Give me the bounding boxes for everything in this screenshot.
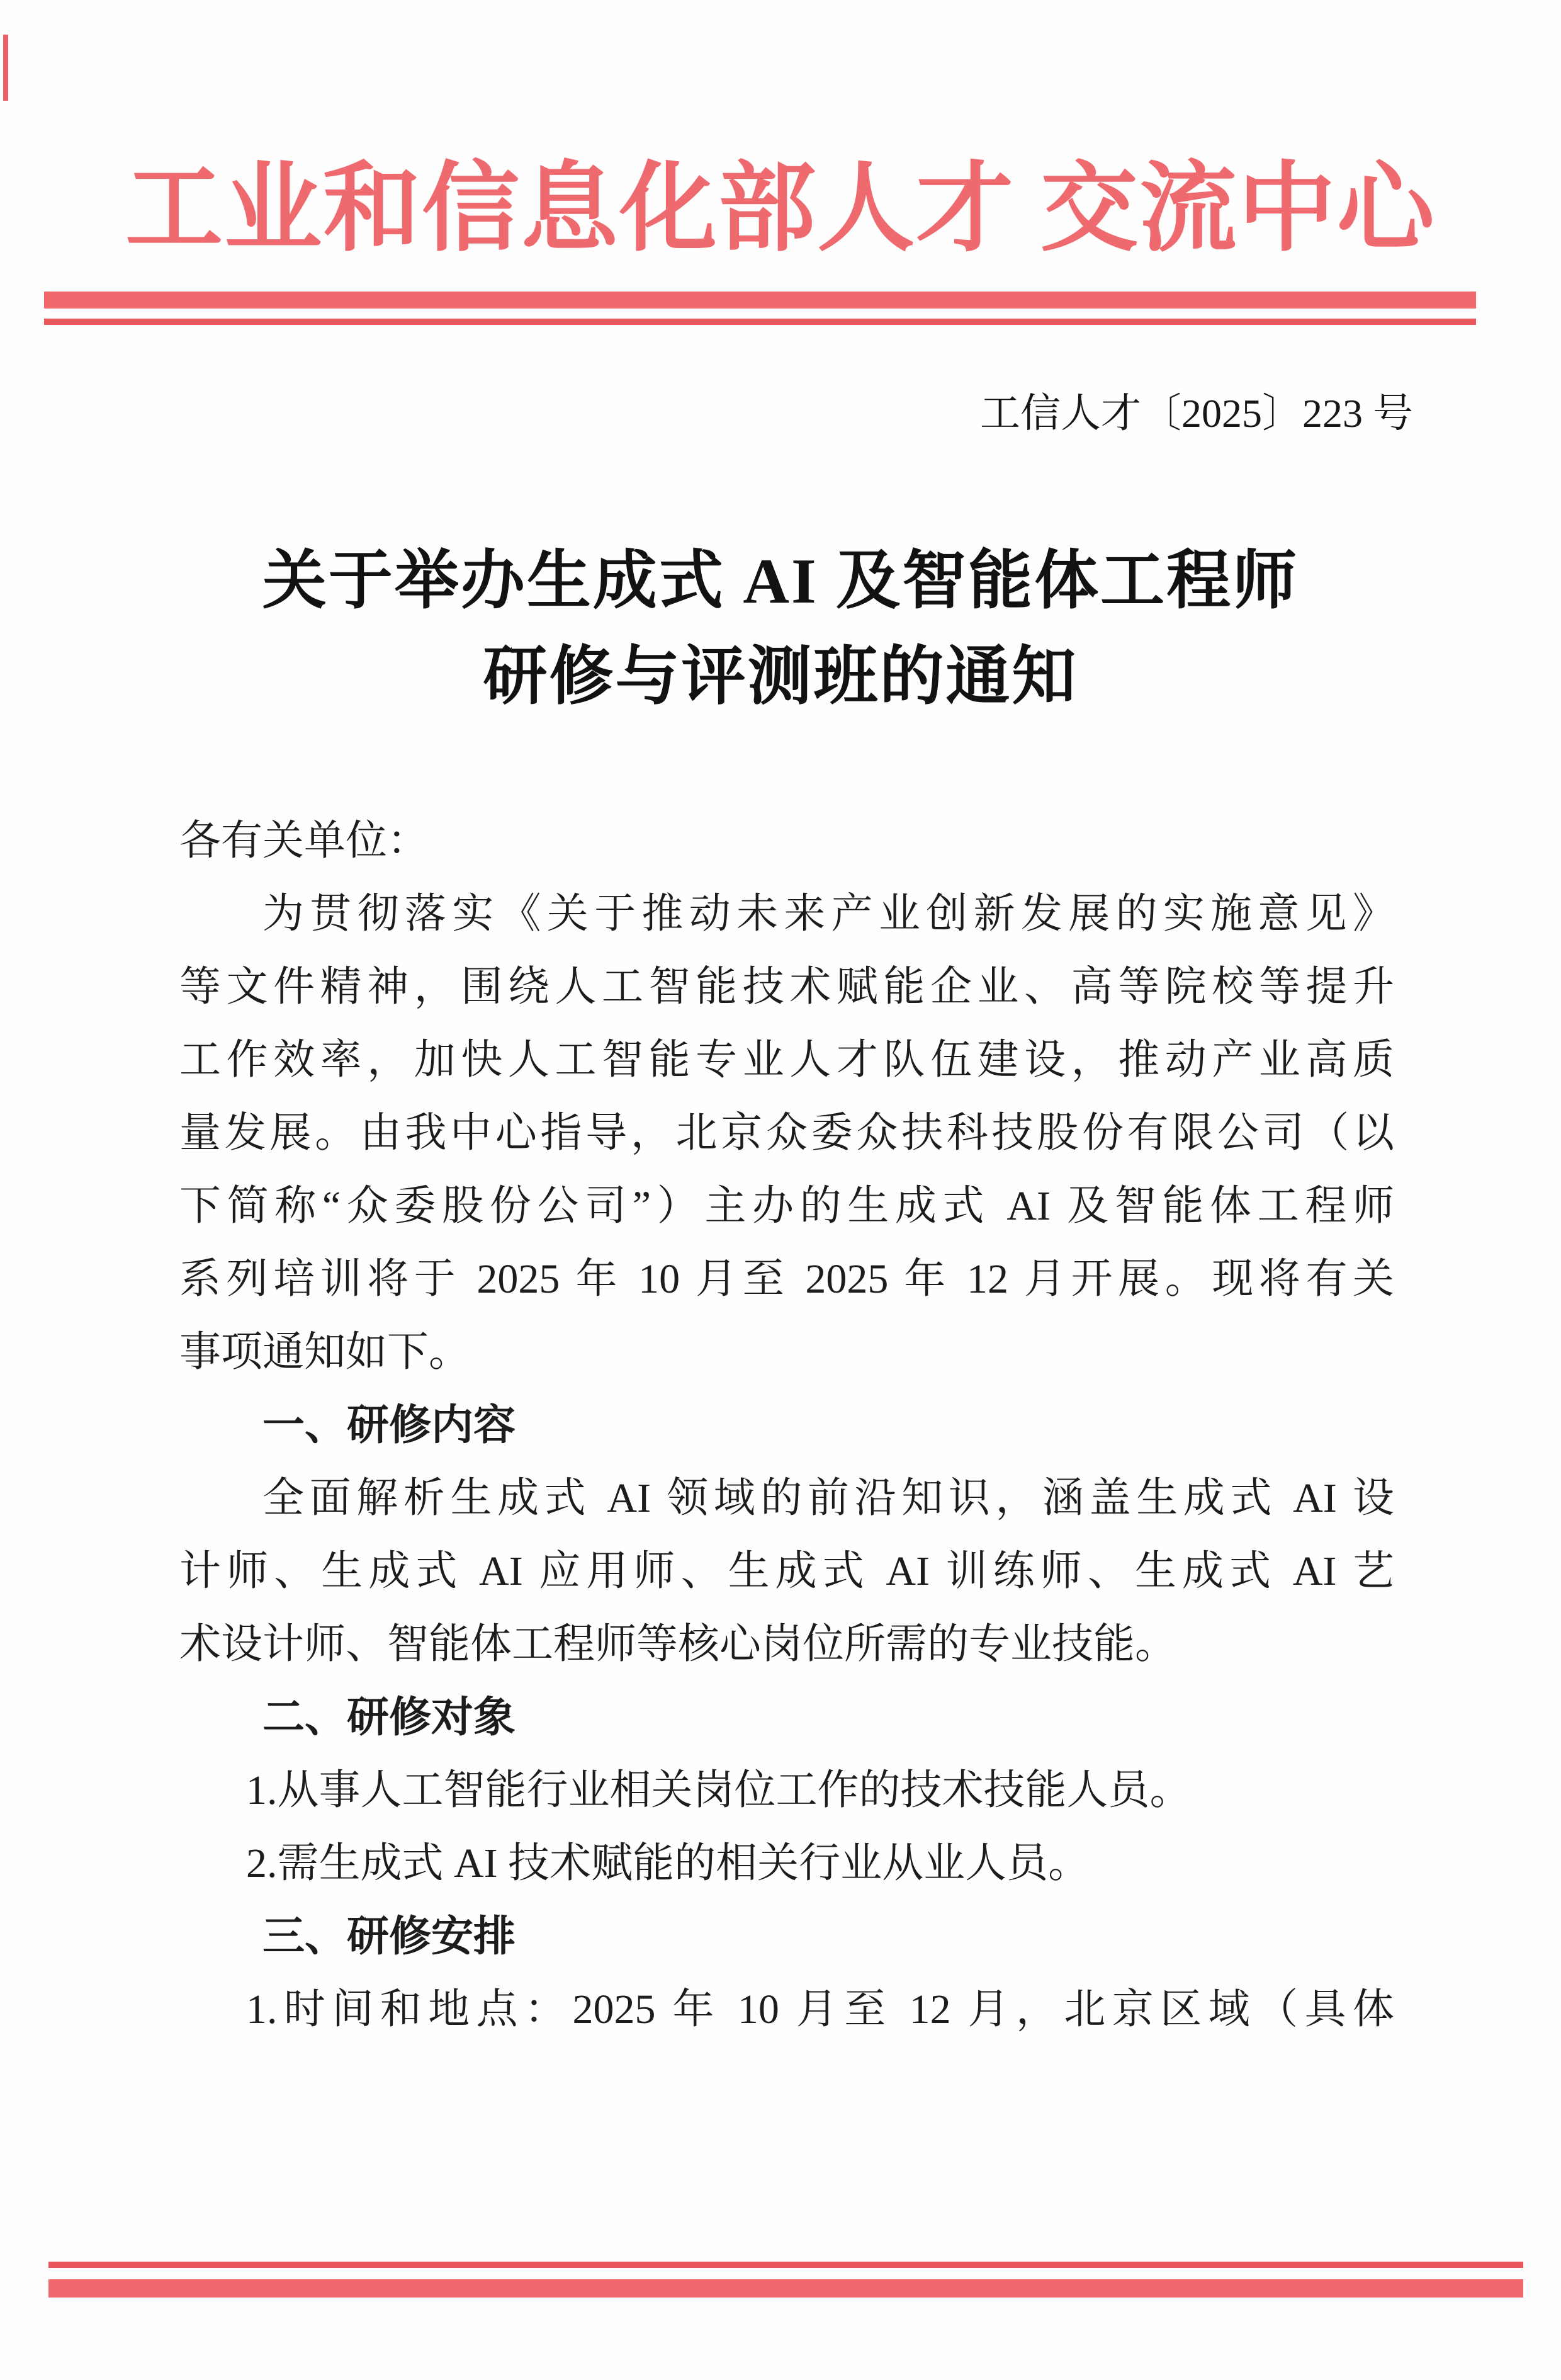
notice-title: 关于举办生成式 AI 及智能体工程师 研修与评测班的通知 [0, 534, 1561, 725]
letterhead-org-name: 工业和信息化部人才 交流中心 [0, 142, 1561, 277]
numbered-item-line: 1.从事人工智能行业相关岗位工作的技术技能人员。 [179, 1754, 1394, 1827]
body-line: 等文件精神，围绕人工智能技术赋能企业、高等院校等提升 [179, 951, 1394, 1024]
section-heading-2: 二、研修对象 [179, 1681, 1394, 1754]
salutation-line: 各有关单位： [179, 805, 1394, 878]
footer-rule-thick [48, 2279, 1523, 2298]
letterhead-rule-thick [44, 292, 1476, 309]
body-line: 工作效率，加快人工智能专业人才队伍建设，推动产业高质 [179, 1024, 1394, 1097]
notice-title-line-1: 关于举办生成式 AI 及智能体工程师 [0, 534, 1561, 630]
footer-rule-thin [48, 2262, 1523, 2268]
notice-title-line-2: 研修与评测班的通知 [0, 630, 1561, 725]
body-line: 量发展。由我中心指导，北京众委众扶科技股份有限公司（以 [179, 1097, 1394, 1170]
numbered-item-line: 1.时间和地点：2025 年 10 月至 12 月，北京区域（具体 [179, 1973, 1394, 2046]
document-number: 工信人才〔2025〕223 号 [980, 385, 1413, 442]
body-line: 事项通知如下。 [179, 1316, 1394, 1389]
numbered-item-line: 2.需生成式 AI 技术赋能的相关行业从业人员。 [179, 1827, 1394, 1900]
body-line: 下简称“众委股份公司”）主办的生成式 AI 及智能体工程师 [179, 1170, 1394, 1243]
section-heading-1: 一、研修内容 [179, 1389, 1394, 1462]
body-line: 系列培训将于 2025 年 10 月至 2025 年 12 月开展。现将有关 [179, 1243, 1394, 1316]
body-line: 计师、生成式 AI 应用师、生成式 AI 训练师、生成式 AI 艺 [179, 1535, 1394, 1608]
scanned-notice-page: 工业和信息化部人才 交流中心 工信人才〔2025〕223 号 关于举办生成式 A… [0, 0, 1561, 2380]
body-line: 术设计师、智能体工程师等核心岗位所需的专业技能。 [179, 1608, 1394, 1681]
notice-body: 各有关单位： 为贯彻落实《关于推动未来产业创新发展的实施意见》 等文件精神，围绕… [179, 805, 1394, 2046]
section-heading-3: 三、研修安排 [179, 1900, 1394, 1973]
scan-artifact-mark [3, 35, 8, 101]
letterhead-rule-thin [44, 319, 1476, 325]
body-line: 为贯彻落实《关于推动未来产业创新发展的实施意见》 [179, 878, 1394, 951]
body-line: 全面解析生成式 AI 领域的前沿知识，涵盖生成式 AI 设 [179, 1462, 1394, 1535]
